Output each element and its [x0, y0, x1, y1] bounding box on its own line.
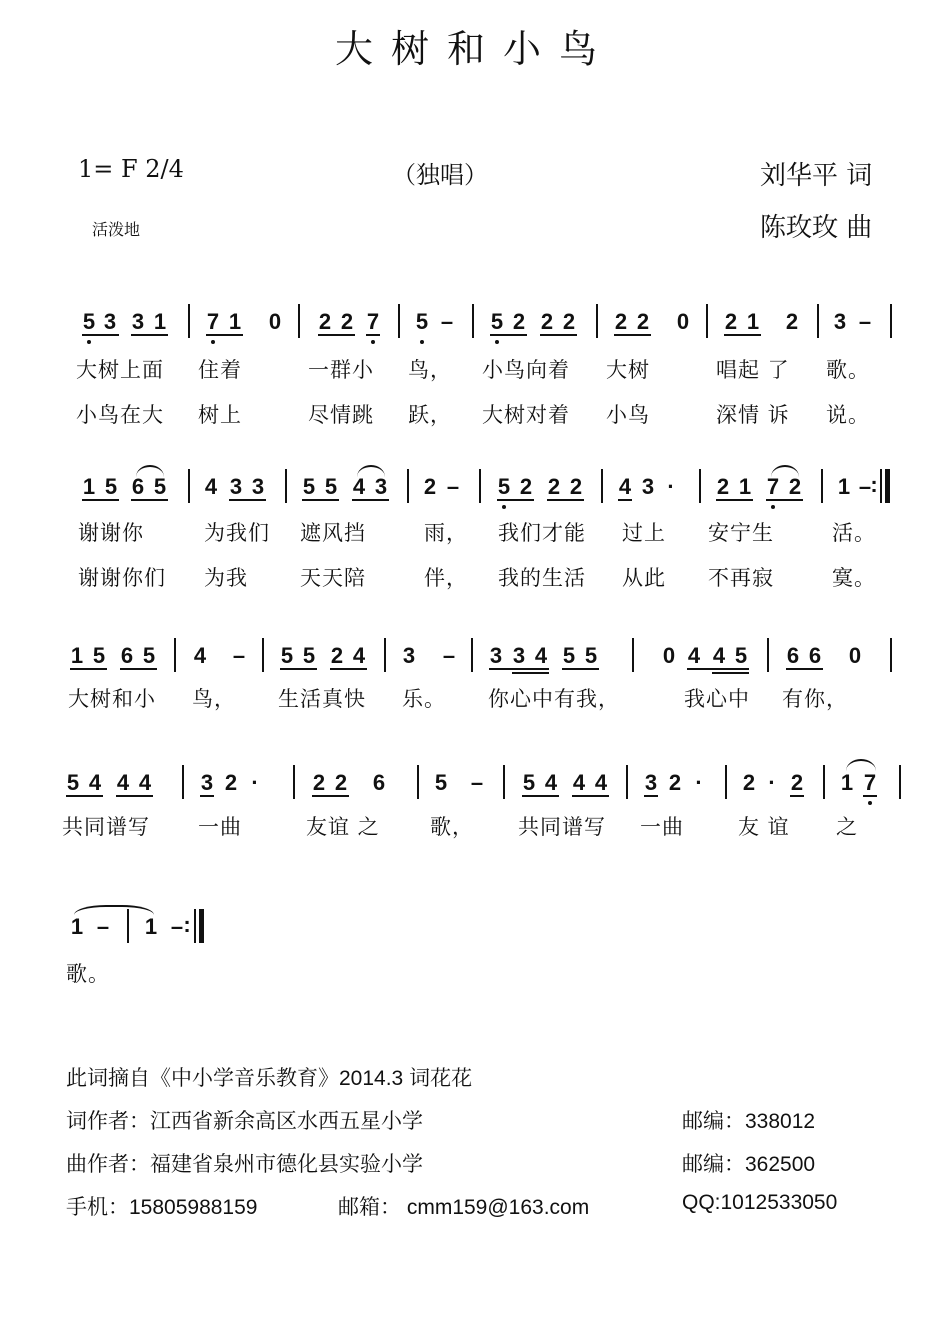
- barline: [706, 304, 708, 338]
- low-octave-dot: [87, 340, 91, 344]
- note: 2: [790, 771, 804, 795]
- underline: [618, 499, 632, 501]
- lyric: 谢谢你: [78, 517, 144, 547]
- barline: [472, 304, 474, 338]
- note: 5: [142, 644, 156, 668]
- underline: [200, 795, 214, 797]
- key-time-signature: 1= F 2/4: [78, 155, 184, 183]
- underline: [120, 668, 157, 670]
- underline: [724, 334, 761, 336]
- underline: [131, 334, 168, 336]
- lyric: 尽情跳: [308, 399, 374, 429]
- note: 2: [547, 475, 561, 499]
- lyricist-credit: 刘华平 词: [760, 155, 872, 192]
- slur: [136, 465, 164, 477]
- note: 6: [120, 644, 134, 668]
- note: 1: [153, 310, 167, 334]
- barline: [817, 304, 819, 338]
- dash: –: [470, 771, 484, 795]
- low-octave-dot: [495, 340, 499, 344]
- low-octave-dot: [371, 340, 375, 344]
- underline: [70, 668, 107, 670]
- note: 3: [374, 475, 388, 499]
- note: 5: [522, 771, 536, 795]
- lyric: 一曲: [640, 811, 684, 841]
- composer-zip: 邮编：362500: [682, 1148, 815, 1178]
- note: 3: [641, 475, 655, 499]
- note: 2: [636, 310, 650, 334]
- underline: [206, 334, 243, 336]
- lyric: 我的生活: [498, 562, 586, 592]
- lyric: 天天陪: [300, 562, 366, 592]
- note: 3: [833, 310, 847, 334]
- song-title: 大树和小鸟: [0, 18, 950, 73]
- underline: [687, 668, 749, 670]
- underline: [644, 795, 658, 797]
- note: 1: [837, 475, 851, 499]
- note: 3: [489, 644, 503, 668]
- barline: [890, 638, 892, 672]
- note: 4: [352, 644, 366, 668]
- underline: [786, 668, 823, 670]
- lyric: 大树上面: [76, 354, 164, 384]
- barline: [899, 765, 901, 799]
- low-octave-dot: [868, 801, 872, 805]
- qq-number: QQ:1012533050: [682, 1191, 837, 1215]
- lyric: 活。: [832, 517, 876, 547]
- barline: [127, 909, 129, 943]
- lyric: 安宁生: [708, 517, 774, 547]
- note: 2: [569, 475, 583, 499]
- barline: [188, 304, 190, 338]
- underline: [497, 499, 534, 501]
- low-octave-dot: [211, 340, 215, 344]
- lyric: 小鸟在大: [76, 399, 164, 429]
- underline: [116, 795, 153, 797]
- underline: [572, 795, 609, 797]
- note: 2: [312, 771, 326, 795]
- barline: [699, 469, 701, 503]
- note: 5: [82, 310, 96, 334]
- note: 5: [302, 644, 316, 668]
- note: 0: [662, 644, 676, 668]
- dot: ·: [765, 771, 779, 795]
- barline: [626, 765, 628, 799]
- note: 2: [614, 310, 628, 334]
- lyric: 我心中: [684, 683, 750, 713]
- note: 1: [228, 310, 242, 334]
- source-note: 此词摘自《中小学音乐教育》2014.3 词花花: [66, 1062, 472, 1092]
- lyric: 歌，: [430, 811, 474, 841]
- composer-school: 曲作者：福建省泉州市德化县实验小学: [66, 1148, 423, 1178]
- lyric: 一群小: [308, 354, 374, 384]
- barline: [417, 765, 419, 799]
- barline: [725, 765, 727, 799]
- barline: [823, 765, 825, 799]
- dash: –: [170, 915, 184, 939]
- barline: [503, 765, 505, 799]
- note: 4: [687, 644, 701, 668]
- lyric: 过上: [622, 517, 666, 547]
- lyric: 乐。: [402, 683, 446, 713]
- note: 2: [724, 310, 738, 334]
- lyric: 不再寂: [708, 562, 774, 592]
- tie: [846, 759, 876, 771]
- underline: [547, 499, 584, 501]
- note: 2: [668, 771, 682, 795]
- dash: –: [232, 644, 246, 668]
- note: 4: [618, 475, 632, 499]
- lyric: 为我: [204, 562, 248, 592]
- lyric: 说。: [826, 399, 870, 429]
- lyric: 有你，: [782, 683, 848, 713]
- note: 3: [402, 644, 416, 668]
- note: 4: [88, 771, 102, 795]
- repeat-colon: :: [183, 913, 191, 937]
- note: 1: [82, 475, 96, 499]
- note: 6: [786, 644, 800, 668]
- note: 5: [734, 644, 748, 668]
- slur: [771, 465, 799, 477]
- underline: [318, 334, 355, 336]
- lyric: 树上: [198, 399, 242, 429]
- note: 5: [280, 644, 294, 668]
- underline: [490, 334, 527, 336]
- lyric: 之: [836, 811, 858, 841]
- barline: [398, 304, 400, 338]
- lyric: 大树: [606, 354, 650, 384]
- lyric: 共同谱写: [518, 811, 606, 841]
- lyric: 小鸟向着: [482, 354, 570, 384]
- note: 6: [808, 644, 822, 668]
- double-underline: [712, 672, 749, 674]
- lyric: 共同谱写: [62, 811, 150, 841]
- barline: [601, 469, 603, 503]
- dash: –: [96, 915, 110, 939]
- note: 0: [676, 310, 690, 334]
- note: 1: [70, 644, 84, 668]
- lyric: 歌。: [826, 354, 870, 384]
- dash: –: [858, 310, 872, 334]
- note: 3: [512, 644, 526, 668]
- barline: [767, 638, 769, 672]
- note: 5: [92, 644, 106, 668]
- barline: [890, 304, 892, 338]
- lyric: 鸟，: [192, 683, 236, 713]
- note: 5: [562, 644, 576, 668]
- note: 2: [519, 475, 533, 499]
- performance-type: （独唱）: [392, 155, 488, 190]
- dash: –: [440, 310, 454, 334]
- lyric: 寞。: [832, 562, 876, 592]
- dot: ·: [692, 771, 706, 795]
- note: 5: [104, 475, 118, 499]
- note: 4: [712, 644, 726, 668]
- lyric: 歌。: [66, 958, 110, 988]
- barline: [471, 638, 473, 672]
- note: 7: [366, 310, 380, 334]
- barline: [194, 909, 196, 943]
- note: 3: [200, 771, 214, 795]
- underline: [312, 795, 349, 797]
- note: 3: [251, 475, 265, 499]
- lyricist-zip: 邮编：338012: [682, 1105, 815, 1135]
- note: 2: [742, 771, 756, 795]
- barline: [182, 765, 184, 799]
- double-underline: [512, 672, 549, 674]
- note: 2: [540, 310, 554, 334]
- dash: –: [446, 475, 460, 499]
- barline: [262, 638, 264, 672]
- lyric: 一曲: [198, 811, 242, 841]
- note: 6: [372, 771, 386, 795]
- note: 3: [131, 310, 145, 334]
- lyric: 伴，: [424, 562, 468, 592]
- note: 4: [116, 771, 130, 795]
- end-repeat-barline: [885, 469, 890, 503]
- note: 5: [153, 475, 167, 499]
- lyric: 从此: [622, 562, 666, 592]
- note: 5: [490, 310, 504, 334]
- note: 2: [562, 310, 576, 334]
- note: 0: [268, 310, 282, 334]
- lyric: 友谊 之: [306, 811, 380, 841]
- underline: [716, 499, 753, 501]
- note: 0: [848, 644, 862, 668]
- note: 4: [352, 475, 366, 499]
- lyricist-school: 词作者：江西省新余高区水西五星小学: [66, 1105, 423, 1135]
- note: 2: [334, 771, 348, 795]
- lyric: 鸟，: [408, 354, 452, 384]
- barline: [188, 469, 190, 503]
- barline: [632, 638, 634, 672]
- note: 2: [224, 771, 238, 795]
- phone-number: 手机：15805988159: [66, 1191, 257, 1221]
- underline: [863, 795, 877, 797]
- note: 7: [766, 475, 780, 499]
- lyric: 住着: [198, 354, 242, 384]
- low-octave-dot: [502, 505, 506, 509]
- note: 2: [788, 475, 802, 499]
- lyric: 小鸟: [606, 399, 650, 429]
- note: 2: [785, 310, 799, 334]
- barline: [174, 638, 176, 672]
- note: 4: [544, 771, 558, 795]
- underline: [82, 334, 119, 336]
- barline: [293, 765, 295, 799]
- note: 1: [70, 915, 84, 939]
- note: 4: [193, 644, 207, 668]
- lyric: 唱起 了: [716, 354, 790, 384]
- low-octave-dot: [420, 340, 424, 344]
- note: 5: [497, 475, 511, 499]
- underline: [366, 334, 380, 336]
- barline: [479, 469, 481, 503]
- underline: [229, 499, 266, 501]
- underline: [330, 668, 367, 670]
- tie: [74, 905, 154, 915]
- note: 7: [863, 771, 877, 795]
- underline: [790, 795, 804, 797]
- note: 7: [206, 310, 220, 334]
- note: 2: [340, 310, 354, 334]
- note: 5: [324, 475, 338, 499]
- note: 2: [512, 310, 526, 334]
- barline: [821, 469, 823, 503]
- note: 1: [144, 915, 158, 939]
- barline: [298, 304, 300, 338]
- lyric: 遮风挡: [300, 517, 366, 547]
- lyric: 深情 诉: [716, 399, 790, 429]
- note: 1: [738, 475, 752, 499]
- note: 1: [840, 771, 854, 795]
- underline: [131, 499, 168, 501]
- note: 5: [302, 475, 316, 499]
- note: 2: [318, 310, 332, 334]
- underline: [489, 668, 549, 670]
- repeat-colon: :: [870, 473, 878, 497]
- lyric: 谢谢你们: [78, 562, 166, 592]
- underline: [522, 795, 559, 797]
- end-repeat-barline: [199, 909, 204, 943]
- note: 2: [423, 475, 437, 499]
- underline: [280, 668, 317, 670]
- lyric: 你心中有我，: [488, 683, 620, 713]
- underline: [562, 668, 599, 670]
- note: 5: [415, 310, 429, 334]
- note: 4: [572, 771, 586, 795]
- note: 4: [534, 644, 548, 668]
- note: 3: [103, 310, 117, 334]
- lyric: 友 谊: [738, 811, 790, 841]
- note: 6: [131, 475, 145, 499]
- barline: [285, 469, 287, 503]
- email-address: 邮箱： cmm159@163.com: [338, 1191, 589, 1221]
- underline: [302, 499, 339, 501]
- note: 5: [66, 771, 80, 795]
- lyric: 雨，: [424, 517, 468, 547]
- note: 4: [204, 475, 218, 499]
- note: 4: [594, 771, 608, 795]
- dot: ·: [248, 771, 262, 795]
- underline: [614, 334, 651, 336]
- underline: [766, 499, 803, 501]
- dash: –: [442, 644, 456, 668]
- tempo-marking: 活泼地: [92, 217, 140, 240]
- underline: [66, 795, 103, 797]
- lyric: 跃，: [408, 399, 452, 429]
- low-octave-dot: [771, 505, 775, 509]
- underline: [82, 499, 119, 501]
- lyric: 大树和小: [68, 683, 156, 713]
- barline: [407, 469, 409, 503]
- underline: [540, 334, 577, 336]
- slur: [357, 465, 385, 477]
- note: 3: [644, 771, 658, 795]
- note: 2: [330, 644, 344, 668]
- note: 4: [138, 771, 152, 795]
- lyric: 大树对着: [482, 399, 570, 429]
- note: 3: [229, 475, 243, 499]
- note: 2: [716, 475, 730, 499]
- underline: [352, 499, 389, 501]
- note: 5: [584, 644, 598, 668]
- lyric: 为我们: [204, 517, 270, 547]
- barline: [880, 469, 882, 503]
- lyric: 生活真快: [278, 683, 366, 713]
- note: 1: [746, 310, 760, 334]
- barline: [596, 304, 598, 338]
- composer-credit: 陈玫玫 曲: [760, 207, 872, 244]
- barline: [384, 638, 386, 672]
- note: 5: [434, 771, 448, 795]
- lyric: 我们才能: [498, 517, 586, 547]
- dot: ·: [664, 475, 678, 499]
